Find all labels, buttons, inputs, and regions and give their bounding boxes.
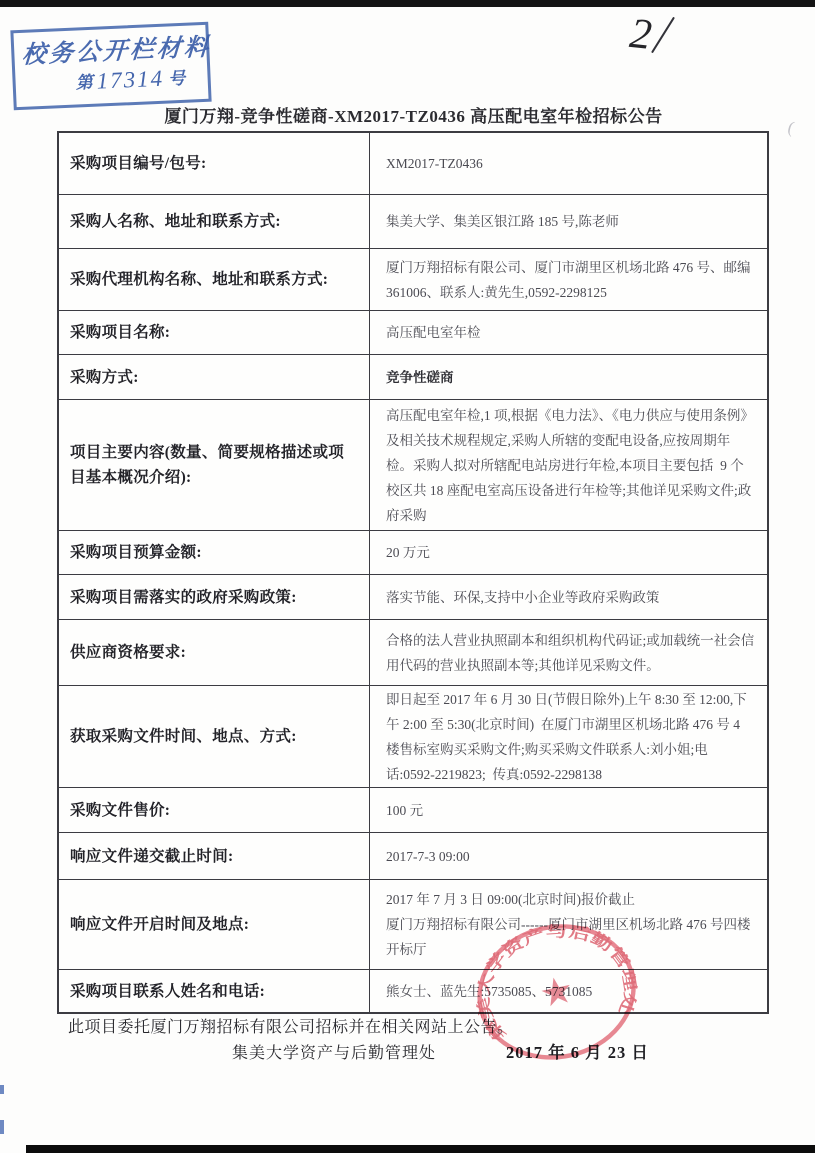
row-label: 采购代理机构名称、地址和联系方式: xyxy=(59,249,369,310)
row-label: 采购项目联系人姓名和电话: xyxy=(59,970,369,1012)
table-row: 采购项目联系人姓名和电话:熊女士、蓝先生:5735085、5731085 xyxy=(59,969,767,1012)
scan-speck xyxy=(0,1085,4,1094)
row-value: 2017 年 7 月 3 日 09:00(北京时间)报价截止 厦门万翔招标有限公… xyxy=(369,880,767,969)
row-value: 熊女士、蓝先生:5735085、5731085 xyxy=(369,970,767,1012)
row-value: 高压配电室年检 xyxy=(369,311,767,354)
row-label: 采购项目需落实的政府采购政策: xyxy=(59,575,369,619)
table-row: 响应文件开启时间及地点:2017 年 7 月 3 日 09:00(北京时间)报价… xyxy=(59,879,767,969)
row-value: 2017-7-3 09:00 xyxy=(369,833,767,879)
row-value: 20 万元 xyxy=(369,531,767,574)
archive-stamp: 校务公开栏材料 第 17314 号 xyxy=(10,22,211,111)
archive-stamp-no-suffix: 号 xyxy=(168,69,186,89)
pen-slash-mark xyxy=(651,17,675,54)
archive-stamp-number: 第 17314 号 xyxy=(75,63,202,94)
row-value: 100 元 xyxy=(369,788,767,832)
row-label: 响应文件开启时间及地点: xyxy=(59,880,369,969)
row-value: XM2017-TZ0436 xyxy=(369,133,767,194)
row-label: 供应商资格要求: xyxy=(59,620,369,685)
row-value: 高压配电室年检,1 项,根据《电力法》、《电力供应与使用条例》及相关技术规程规定… xyxy=(369,400,767,530)
table-row: 采购方式:竞争性磋商 xyxy=(59,354,767,399)
row-value: 即日起至 2017 年 6 月 30 日(节假日除外)上午 8:30 至 12:… xyxy=(369,686,767,787)
row-value: 竞争性磋商 xyxy=(369,355,767,399)
row-label: 响应文件递交截止时间: xyxy=(59,833,369,879)
footer-date: 2017 年 6 月 23 日 xyxy=(506,1039,649,1063)
table-row: 采购人名称、地址和联系方式:集美大学、集美区银江路 185 号,陈老师 xyxy=(59,194,767,248)
scan-edge-top xyxy=(0,0,815,7)
scan-speck xyxy=(0,1120,4,1134)
row-value: 合格的法人营业执照副本和组织机构代码证;或加载统一社会信用代码的营业执照副本等;… xyxy=(369,620,767,685)
row-value: 集美大学、集美区银江路 185 号,陈老师 xyxy=(369,195,767,248)
footer-note: 此项目委托厦门万翔招标有限公司招标并在相关网站上公告。 xyxy=(68,1014,514,1037)
table-row: 采购文件售价:100 元 xyxy=(59,787,767,832)
table-row: 获取采购文件时间、地点、方式:即日起至 2017 年 6 月 30 日(节假日除… xyxy=(59,685,767,787)
archive-stamp-no-prefix: 第 xyxy=(75,73,93,93)
row-label: 采购人名称、地址和联系方式: xyxy=(59,195,369,248)
row-label: 获取采购文件时间、地点、方式: xyxy=(59,686,369,787)
row-label: 采购文件售价: xyxy=(59,788,369,832)
row-label: 采购方式: xyxy=(59,355,369,399)
archive-stamp-no-value: 17314 xyxy=(96,66,165,94)
table-row: 采购代理机构名称、地址和联系方式:厦门万翔招标有限公司、厦门市湖里区机场北路 4… xyxy=(59,248,767,310)
table-row: 供应商资格要求:合格的法人营业执照副本和组织机构代码证;或加载统一社会信用代码的… xyxy=(59,619,767,685)
table-row: 采购项目编号/包号:XM2017-TZ0436 xyxy=(59,133,767,194)
table-row: 采购项目预算金额:20 万元 xyxy=(59,530,767,574)
procurement-table: 采购项目编号/包号:XM2017-TZ0436采购人名称、地址和联系方式:集美大… xyxy=(57,131,769,1014)
footer-signer: 集美大学资产与后勤管理处 xyxy=(232,1040,436,1063)
document-title: 厦门万翔-竞争性磋商-XM2017-TZ0436 高压配电室年检招标公告 xyxy=(6,102,815,127)
row-label: 采购项目名称: xyxy=(59,311,369,354)
table-row: 响应文件递交截止时间:2017-7-3 09:00 xyxy=(59,832,767,879)
row-label: 采购项目编号/包号: xyxy=(59,133,369,194)
row-label: 采购项目预算金额: xyxy=(59,531,369,574)
handwritten-digit: 2 xyxy=(627,9,654,60)
table-row: 项目主要内容(数量、简要规格描述或项目基本概况介绍):高压配电室年检,1 项,根… xyxy=(59,399,767,530)
scan-edge-bottom xyxy=(26,1145,815,1153)
row-value: 落实节能、环保,支持中小企业等政府采购政策 xyxy=(369,575,767,619)
table-row: 采购项目名称:高压配电室年检 xyxy=(59,310,767,354)
table-row: 采购项目需落实的政府采购政策:落实节能、环保,支持中小企业等政府采购政策 xyxy=(59,574,767,619)
handwritten-mark: 2 xyxy=(622,8,682,68)
row-label: 项目主要内容(数量、简要规格描述或项目基本概况介绍): xyxy=(59,400,369,530)
row-value: 厦门万翔招标有限公司、厦门市湖里区机场北路 476 号、邮编 361006、联系… xyxy=(369,249,767,310)
